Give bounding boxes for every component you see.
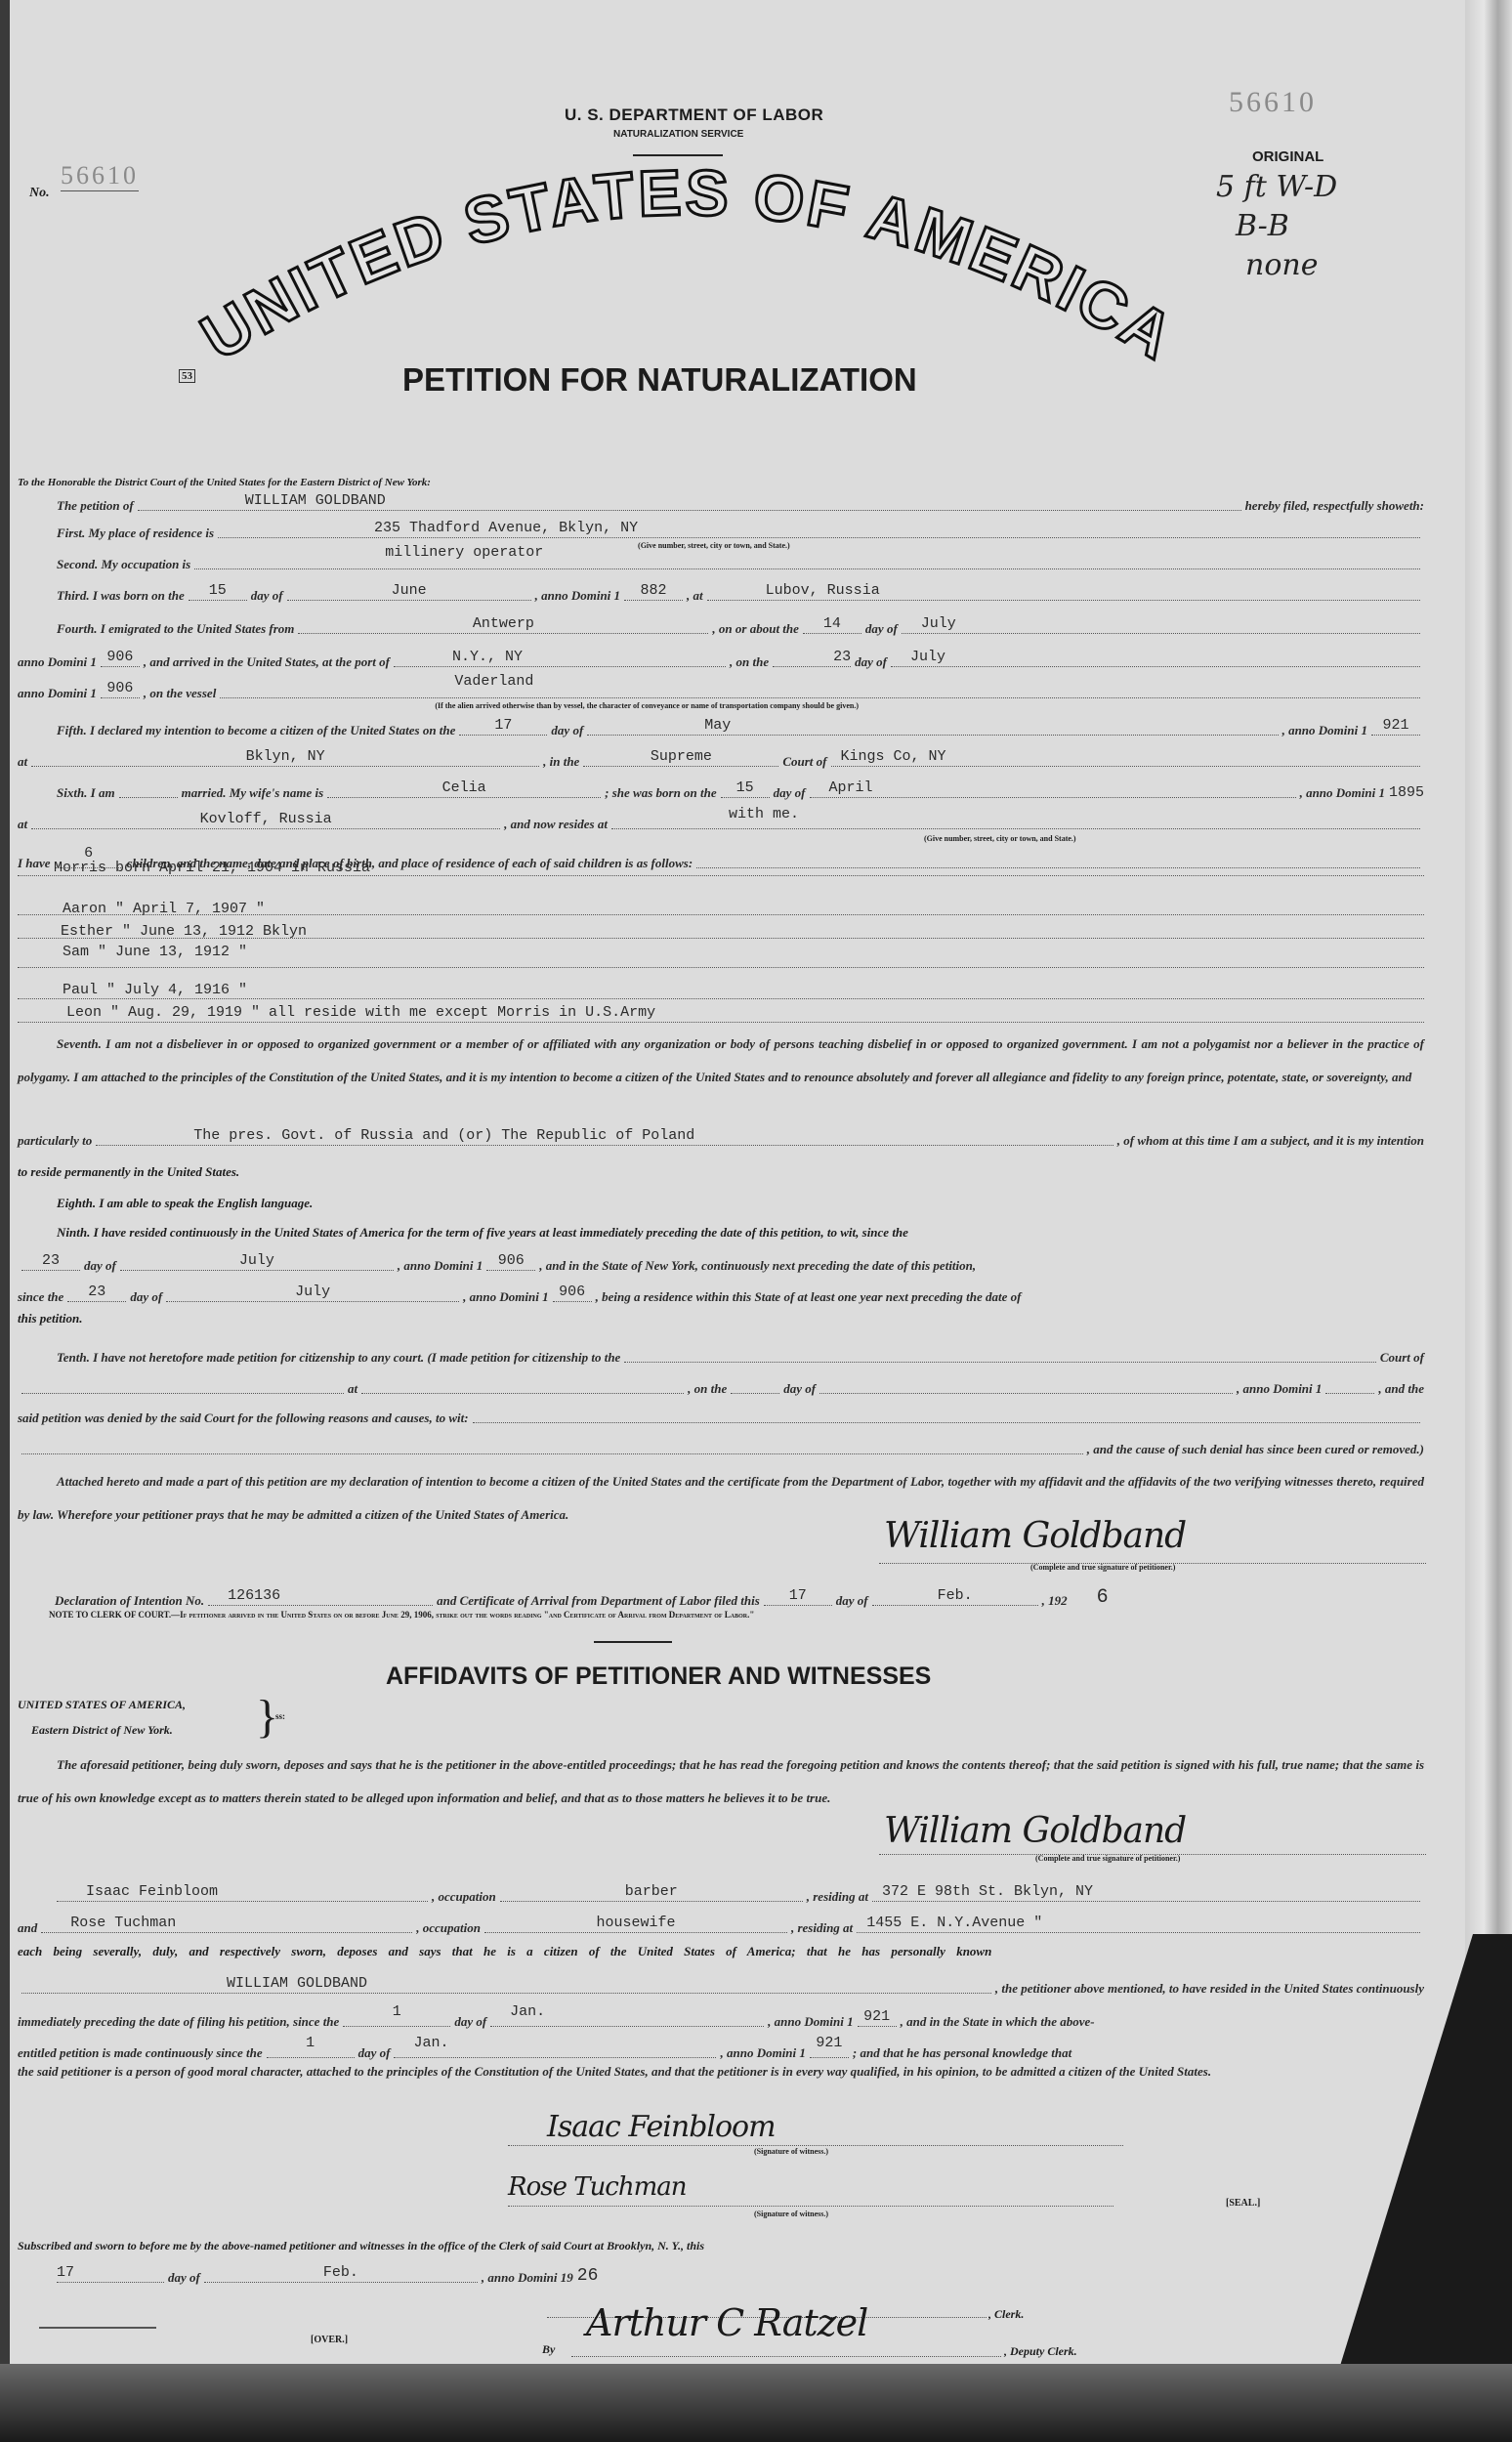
clerk-label: , Clerk. <box>988 2307 1024 2322</box>
us-year-field[interactable]: 921 <box>858 2010 897 2027</box>
witness-oath: each being severally, duly, and respecti… <box>18 1944 991 1959</box>
cert-year: 6 <box>1097 1586 1109 1609</box>
ninth-month-field[interactable]: July <box>120 1254 394 1271</box>
court-address: To the Honorable the District Court of t… <box>18 477 431 488</box>
header-rule <box>633 154 723 156</box>
residence-row: First. My place of residence is 235 Thad… <box>18 522 1424 541</box>
note-to-clerk: NOTE TO CLERK OF COURT.—If petitioner ar… <box>49 1610 754 1620</box>
prior-petition-row: at , on the day of , anno Domini 1 , and… <box>18 1377 1424 1397</box>
department-heading: U. S. DEPARTMENT OF LABOR <box>565 105 823 125</box>
birth-year-field[interactable]: 882 <box>624 584 683 601</box>
arrival-row: anno Domini 1 906 , and arrived in the U… <box>18 651 1424 670</box>
over-label: [OVER.] <box>311 2335 348 2345</box>
wife-residence-row: at Kovloff, Russia , and now resides at … <box>18 813 1424 832</box>
affidavit-petitioner-signature: William Goldband <box>884 1811 1186 1851</box>
no-label: No. <box>29 186 50 201</box>
deputy-clerk-signature: Arthur C Ratzel <box>586 2301 867 2344</box>
arrival-port-field[interactable]: N.Y., NY <box>394 651 726 667</box>
occupation-field[interactable]: millinery operator <box>194 553 1420 569</box>
child-entry: Sam " June 13, 1912 " <box>63 944 247 960</box>
decl-year-field[interactable]: 921 <box>1371 719 1420 736</box>
state-year-field[interactable]: 906 <box>553 1285 592 1302</box>
wife-birth-month-field[interactable]: April <box>810 781 1296 798</box>
service-subheading: NATURALIZATION SERVICE <box>613 129 743 140</box>
arrival-year-field[interactable]: 906 <box>101 682 140 698</box>
vessel-row: anno Domini 1 906 , on the vessel Vaderl… <box>18 682 1424 701</box>
denied-reasons-field[interactable] <box>473 1407 1420 1423</box>
witness-2-name-field[interactable]: Rose Tuchman <box>41 1916 412 1933</box>
arrival-day-field[interactable]: 23 <box>773 651 851 667</box>
denied-row: said petition was denied by the said Cou… <box>18 1407 1424 1426</box>
petitioner-name-field[interactable]: WILLIAM GOLDBAND <box>138 494 1241 511</box>
us-residence-row: immediately preceding the date of filing… <box>18 2010 1424 2030</box>
petitioner-signature: William Goldband <box>884 1516 1186 1556</box>
child-entry: Paul " July 4, 1916 " <box>63 982 247 998</box>
witness-1-residence-field[interactable]: 372 E 98th St. Bklyn, NY <box>872 1885 1420 1902</box>
decl-number-field[interactable]: 126136 <box>208 1589 433 1606</box>
united-states-banner: UNITED STATES OF AMERICA <box>176 166 1211 391</box>
birth-month-field[interactable]: June <box>287 584 531 601</box>
witness-2-residence-field[interactable]: 1455 E. N.Y.Avenue " <box>857 1916 1420 1933</box>
wife-birthplace-field[interactable]: Kovloff, Russia <box>31 813 500 829</box>
known-row: WILLIAM GOLDBAND , the petitioner above … <box>18 1977 1424 1997</box>
handwritten-note: 5 ft W-D B-B none <box>1216 168 1337 285</box>
us-month-field[interactable]: Jan. <box>490 2010 764 2027</box>
emig-year-field[interactable]: 906 <box>101 651 140 667</box>
svg-text:UNITED STATES OF AMERICA: UNITED STATES OF AMERICA <box>189 166 1188 374</box>
form-code: 53 <box>179 369 195 383</box>
stamp-number: 56610 <box>1229 86 1317 119</box>
cured-row: , and the cause of such denial has since… <box>18 1438 1424 1457</box>
eighth-clause: Eighth. I am able to speak the English l… <box>57 1196 313 1211</box>
witness-1-name-field[interactable]: Isaac Feinbloom <box>57 1885 428 1902</box>
decl-month-field[interactable]: May <box>587 719 1278 736</box>
ninth-day-field[interactable]: 23 <box>21 1254 80 1271</box>
sworn-year: 26 <box>577 2266 599 2286</box>
sworn-day-field[interactable]: 17 <box>57 2266 164 2283</box>
arrival-month-field[interactable]: July <box>891 651 1420 667</box>
wife-name-field[interactable]: Celia <box>327 781 601 798</box>
ninth-clause: Ninth. I have resided continuously in th… <box>57 1225 908 1241</box>
birth-place-field[interactable]: Lubov, Russia <box>707 584 1420 601</box>
decl-place-field[interactable]: Bklyn, NY <box>31 750 539 767</box>
emig-month-field[interactable]: July <box>902 617 1420 634</box>
us-day-field[interactable]: 1 <box>343 2010 450 2027</box>
reside-clause: to reside permanently in the United Stat… <box>18 1164 239 1180</box>
page-title: PETITION FOR NATURALIZATION <box>402 361 917 399</box>
venue: UNITED STATES OF AMERICA, Eastern Distri… <box>18 1692 186 1743</box>
subscribed-clause: Subscribed and sworn to before me by the… <box>18 2239 704 2253</box>
wife-birth-day-field[interactable]: 15 <box>721 781 770 798</box>
residence-field[interactable]: 235 Thadford Avenue, Bklyn, NY(Give numb… <box>218 522 1420 538</box>
child-entry: Esther " June 13, 1912 Bklyn <box>61 923 307 940</box>
witness-1-occupation-field[interactable]: barber <box>500 1885 803 1902</box>
state-month-field[interactable]: July <box>166 1285 459 1302</box>
cert-month-field[interactable]: Feb. <box>872 1589 1038 1606</box>
emigrated-from-field[interactable]: Antwerp <box>298 617 708 634</box>
sworn-date-row: 17 day of Feb. , anno Domini 19 26 <box>18 2266 721 2286</box>
witness-row: and Rose Tuchman , occupation housewife … <box>18 1916 1424 1936</box>
declaration-row: Fifth. I declared my intention to become… <box>18 719 1424 738</box>
sworn-month-field[interactable]: Feb. <box>204 2266 478 2283</box>
page-edge <box>1465 0 1512 2149</box>
affidavits-title: AFFIDAVITS OF PETITIONER AND WITNESSES <box>386 1663 931 1691</box>
ninth-year-field[interactable]: 906 <box>486 1254 535 1271</box>
original-label: ORIGINAL <box>1252 148 1323 165</box>
residence-since-row: 23 day of July , anno Domini 1 906 , and… <box>18 1254 1424 1274</box>
allegiance-row: particularly to The pres. Govt. of Russi… <box>18 1129 1424 1149</box>
cert-day-field[interactable]: 17 <box>764 1589 832 1606</box>
witness-2-signature: Rose Tuchman <box>508 2172 687 2202</box>
allegiance-field[interactable]: The pres. Govt. of Russia and (or) The R… <box>96 1129 1113 1146</box>
seal-label: [SEAL.] <box>1226 2198 1260 2209</box>
deputy-clerk-label: , Deputy Clerk. <box>1004 2344 1077 2359</box>
child-entry: Morris born April 21, 1904 in Russia <box>54 860 370 876</box>
wife-birth-year: 1895 <box>1389 784 1424 801</box>
known-name-field[interactable]: WILLIAM GOLDBAND <box>21 1977 991 1994</box>
witness-1-signature: Isaac Feinbloom <box>547 2110 776 2144</box>
witness-row: Isaac Feinbloom , occupation barber , re… <box>18 1885 1424 1905</box>
attached-clause: Attached hereto and made a part of this … <box>18 1465 1424 1532</box>
birth-day-field[interactable]: 15 <box>189 584 247 601</box>
birth-row: Third. I was born on the 15 day of June … <box>18 584 1424 604</box>
decl-county-field[interactable]: Kings Co, NY <box>831 750 1421 767</box>
decl-intention-row: Declaration of Intention No. 126136 and … <box>18 1586 1424 1609</box>
section-rule <box>594 1641 672 1643</box>
witness-2-occupation-field[interactable]: housewife <box>484 1916 787 1933</box>
vessel-field[interactable]: Vaderland(If the alien arrived otherwise… <box>220 682 1420 698</box>
petitioner-name-row: The petition of WILLIAM GOLDBAND hereby … <box>18 494 1424 514</box>
child-entry: Leon " Aug. 29, 1919 " all reside with m… <box>66 1004 655 1021</box>
bottom-shadow <box>0 2364 1512 2442</box>
declaration-court-row: at Bklyn, NY , in the Supreme Court of K… <box>18 750 1424 770</box>
marriage-row: Sixth. I am married. My wife's name is C… <box>18 781 1424 801</box>
occupation-row: Second. My occupation is millinery opera… <box>18 553 1424 572</box>
petitioner-oath: The aforesaid petitioner, being duly swo… <box>18 1748 1424 1815</box>
decl-court-field[interactable]: Supreme <box>583 750 778 767</box>
character-clause: the said petitioner is a person of good … <box>18 2055 1424 2088</box>
tenth-row: Tenth. I have not heretofore made petiti… <box>18 1346 1424 1366</box>
seventh-clause: Seventh. I am not a disbeliever in or op… <box>18 1028 1424 1094</box>
wife-residence-field[interactable]: with me.(Give number, street, city or to… <box>611 813 1420 829</box>
child-entry: Aaron " April 7, 1907 " <box>63 901 265 917</box>
state-residence-row: since the 23 day of July , anno Domini 1… <box>18 1285 1424 1305</box>
decl-day-field[interactable]: 17 <box>459 719 547 736</box>
emigration-row: Fourth. I emigrated to the United States… <box>18 617 1424 637</box>
emig-day-field[interactable]: 14 <box>803 617 861 634</box>
petition-number: 56610 <box>61 161 139 191</box>
prior-court-field[interactable] <box>624 1346 1376 1363</box>
state-day-field[interactable]: 23 <box>67 1285 126 1302</box>
